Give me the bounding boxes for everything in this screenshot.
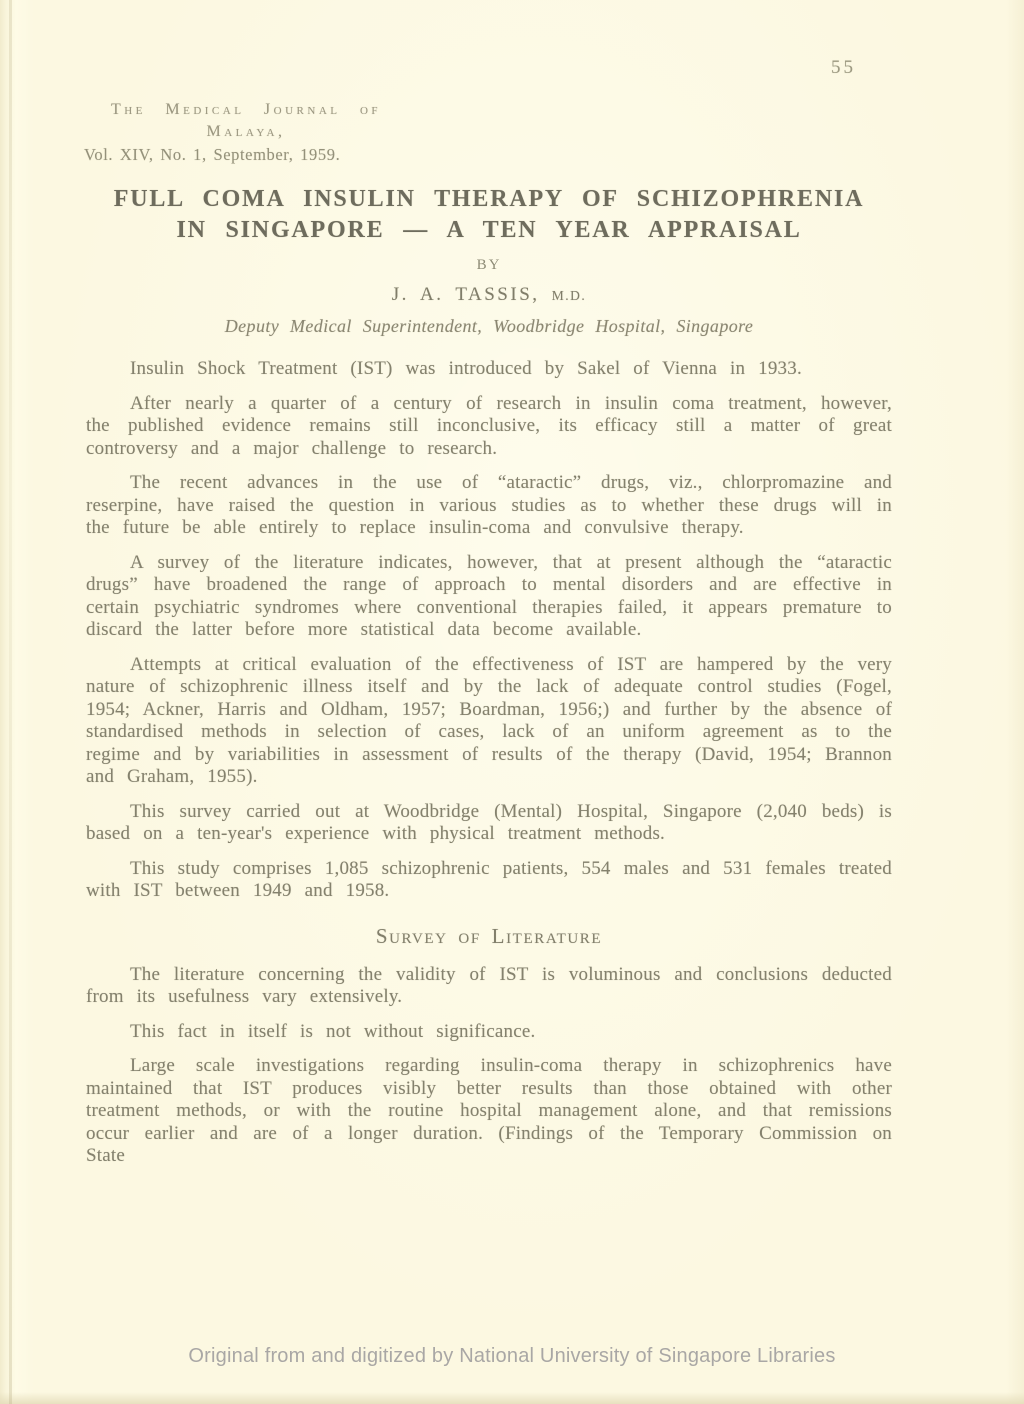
body-paragraph: This study comprises 1,085 schizophrenic… xyxy=(86,858,892,903)
digitization-credit: Original from and digitized by National … xyxy=(0,1345,1024,1368)
article-body: Insulin Shock Treatment (IST) was introd… xyxy=(86,358,892,1168)
author-name: J. A. TASSIS, xyxy=(392,284,540,305)
section-heading-survey-of-literature: Survey of Literature xyxy=(86,924,892,949)
journal-masthead: The Medical Journal of Malaya, Vol. XIV,… xyxy=(84,99,408,166)
journal-issue-line: Vol. XIV, No. 1, September, 1959. xyxy=(84,143,408,166)
article-title-line1: FULL COMA INSULIN THERAPY OF SCHIZOPHREN… xyxy=(86,184,892,215)
author-line: J. A. TASSIS, M.D. xyxy=(86,284,892,306)
journal-name-line1: The Medical Journal of xyxy=(84,99,408,121)
scanned-journal-page: 55 The Medical Journal of Malaya, Vol. X… xyxy=(0,0,1024,1404)
body-paragraph: This survey carried out at Woodbridge (M… xyxy=(86,801,892,846)
journal-name-line2: Malaya, xyxy=(84,121,408,143)
body-paragraph: A survey of the literature indicates, ho… xyxy=(86,552,892,642)
author-degree: M.D. xyxy=(552,288,587,303)
author-affiliation: Deputy Medical Superintendent, Woodbridg… xyxy=(86,316,892,337)
body-paragraph: After nearly a quarter of a century of r… xyxy=(86,393,892,461)
body-paragraph: Large scale investigations regarding ins… xyxy=(86,1055,892,1168)
byline-label: BY xyxy=(86,257,892,274)
body-paragraph: The literature concerning the validity o… xyxy=(86,964,892,1009)
body-paragraph: This fact in itself is not without signi… xyxy=(86,1021,892,1044)
article-title-line2: IN SINGAPORE — A TEN YEAR APPRAISAL xyxy=(86,215,892,246)
article-column: FULL COMA INSULIN THERAPY OF SCHIZOPHREN… xyxy=(86,184,892,1168)
page-number: 55 xyxy=(831,57,856,79)
article-title: FULL COMA INSULIN THERAPY OF SCHIZOPHREN… xyxy=(86,184,892,246)
body-paragraph: Attempts at critical evaluation of the e… xyxy=(86,654,892,789)
body-paragraph: Insulin Shock Treatment (IST) was introd… xyxy=(86,358,892,381)
body-paragraph: The recent advances in the use of “atara… xyxy=(86,472,892,540)
